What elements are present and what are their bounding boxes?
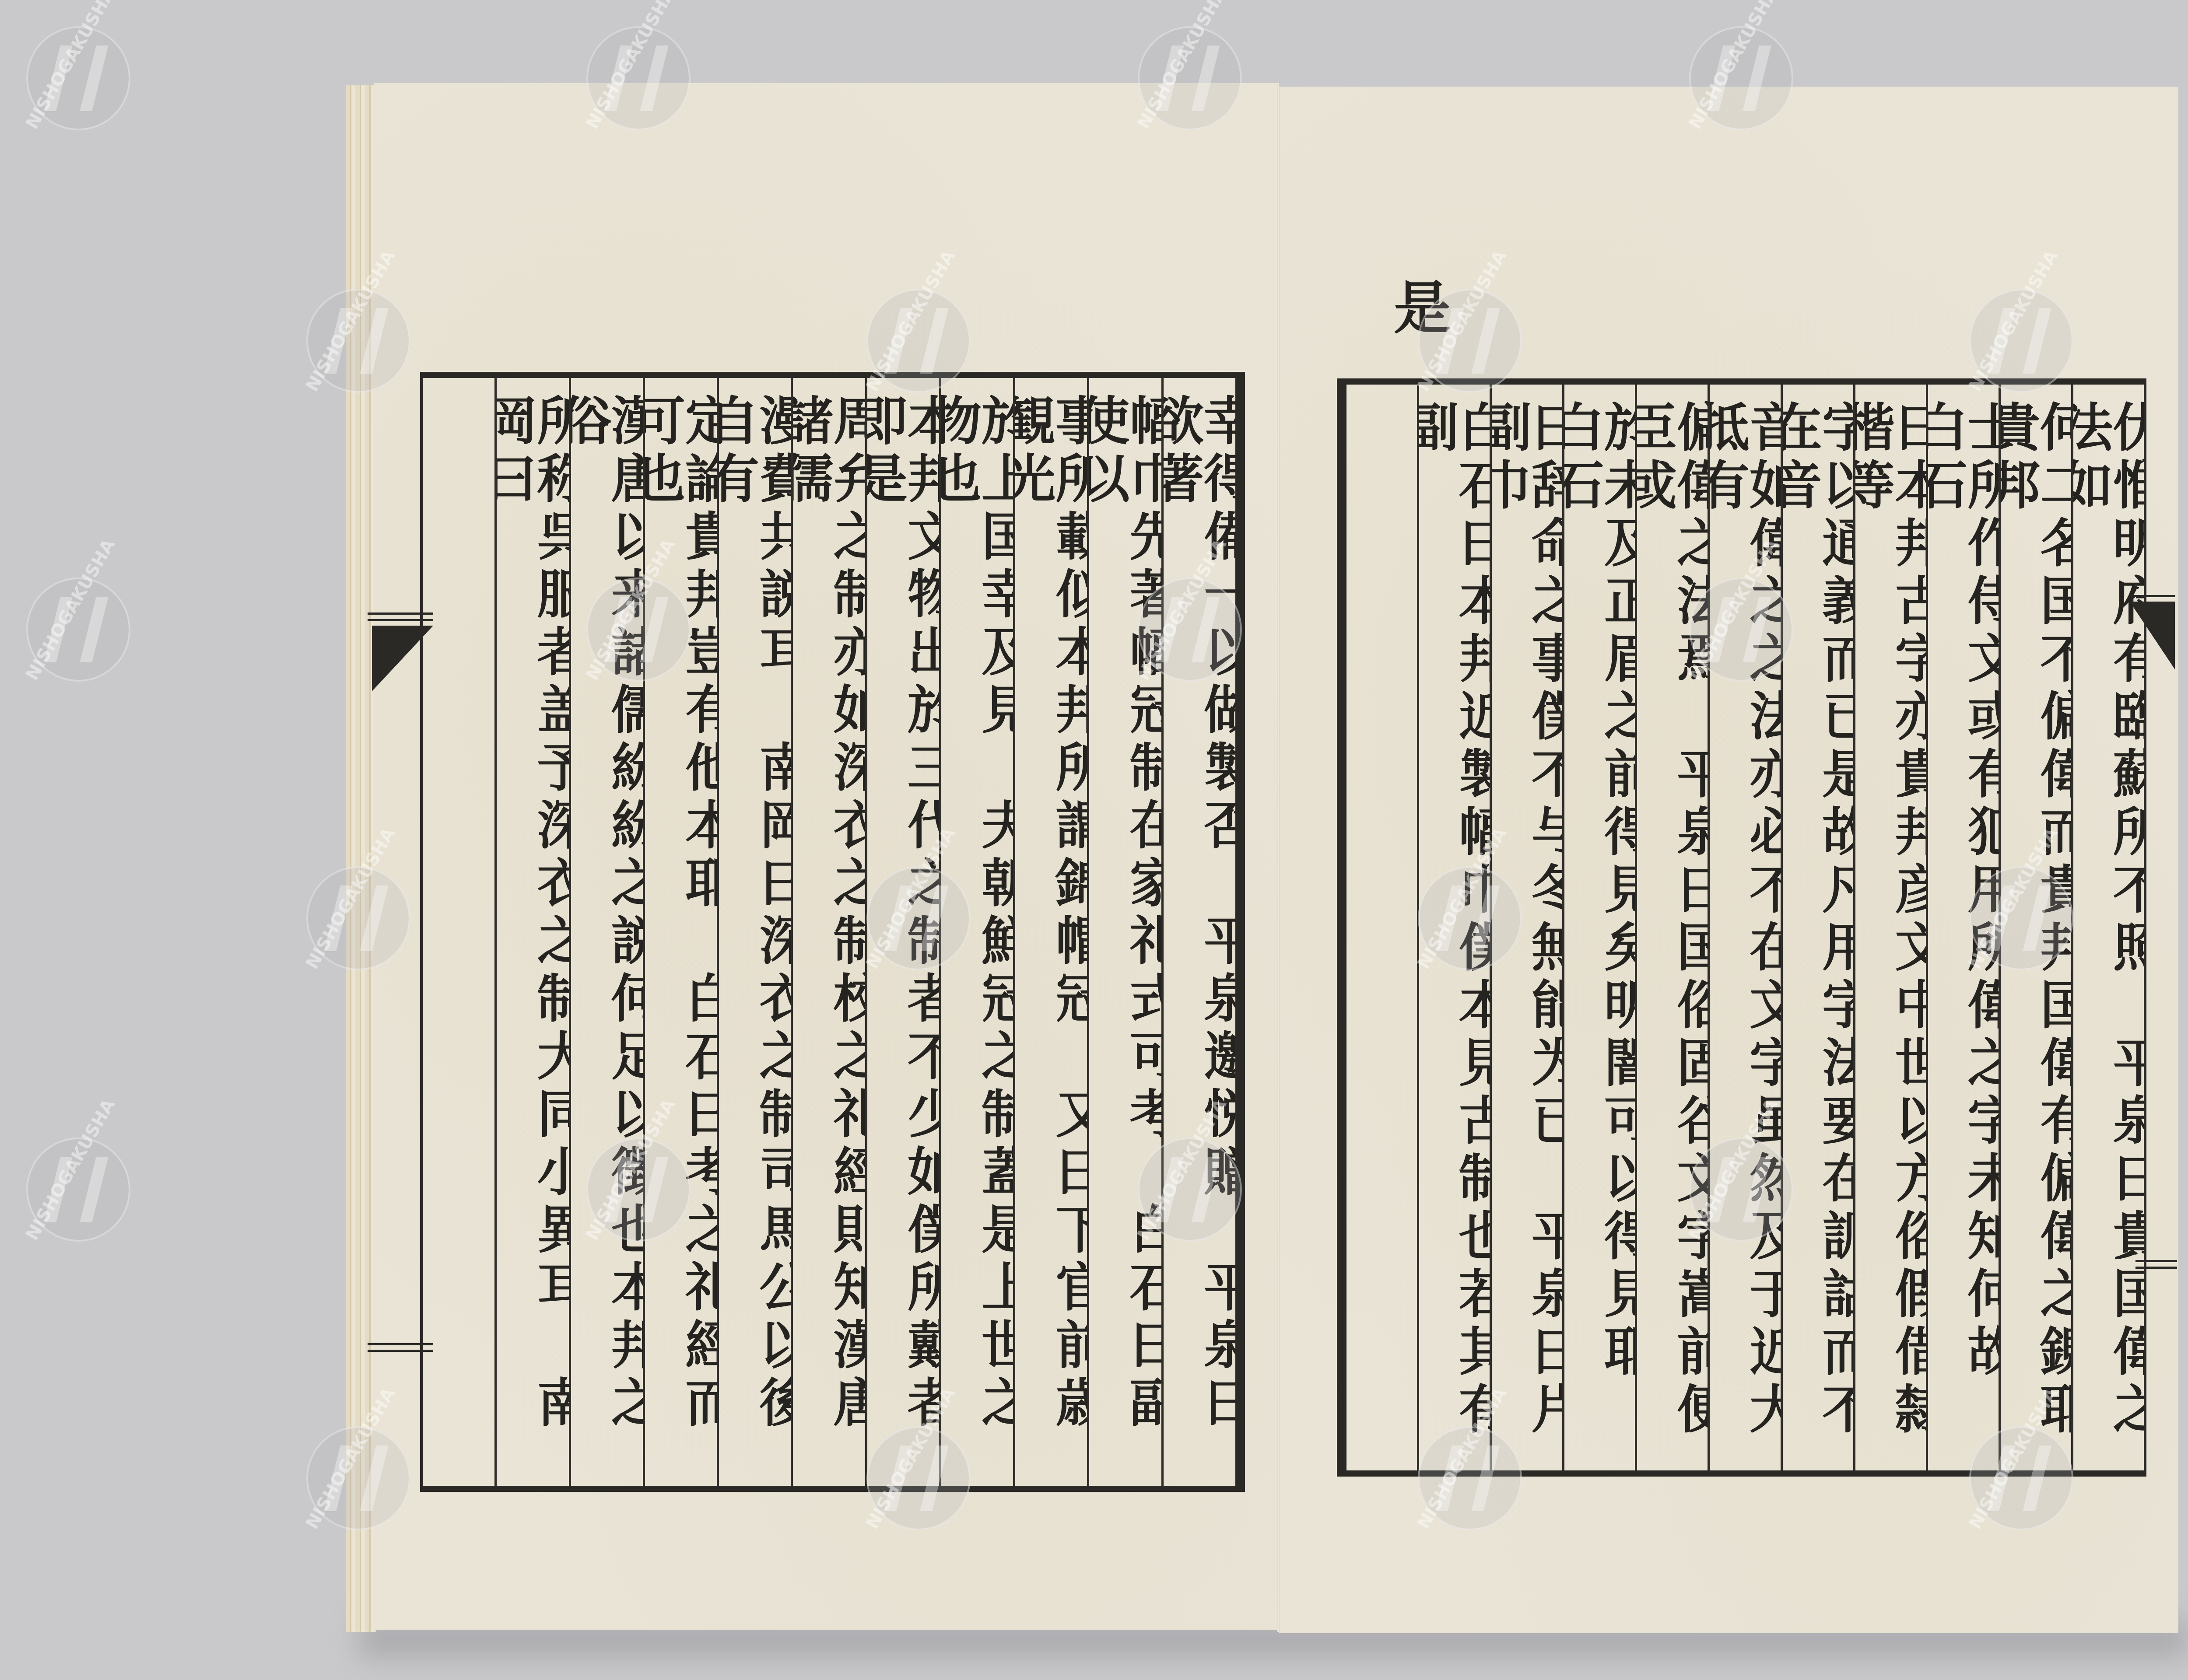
book-gutter [1277,85,1280,1632]
fishtail-line-right-top [2131,595,2175,604]
right-column-4: 曰本邦古字亦貴邦彦文中世以方俗假借隸楷等 [1853,385,1926,1470]
column-text: 所称呉服者盖予深衣之制大同小異耳 南岡曰 [494,394,568,1486]
right-column-7: 偏偉之法焉 平泉曰国俗固谷文字嵩前便臣或 [1635,385,1708,1470]
fishtail-line-right-bottom [2135,1260,2177,1269]
right-column-1: 伏惟明府有臨蘇所不照 平泉曰貴国偉之法如 [2071,385,2144,1470]
column-text: 漢唐以来諸儒紛紛之説何足以徴也本邦之俗 [569,394,643,1486]
column-text: 伏惟明府有臨蘇所不照 平泉曰貴国偉之法如 [2071,400,2144,1470]
left-column-11 [423,378,494,1486]
left-columns: 幸得備一以做製否 平泉邀悦贈 平泉曰欲著 幅巾先著幅冠制在家礼式可考 白石曰副使… [423,378,1235,1486]
column-text: 字以通義而已是故凡用字法要在訓詁而不在音 [1781,400,1853,1470]
column-text: 幅巾先著幅冠制在家礼式可考 白石曰副使以 [1087,394,1161,1486]
left-column-7: 漫費共説耳 南岡曰深衣之制司馬公以後自有 [717,378,791,1486]
fishtail-line-left-top [368,612,433,621]
left-column-3: 事所載似本邦所謂錦帽冠 又曰下官前歳観光 [1013,378,1087,1486]
left-column-10: 所称呉服者盖予深衣之制大同小異耳 南岡曰 [494,378,568,1486]
column-text: 曰本邦古字亦貴邦彦文中世以方俗假借隸楷等 [1853,400,1926,1470]
right-column-8: 於未及正眉之前得見矣明闇可以得見耶 白石 [1562,385,1635,1470]
left-column-9: 漢唐以来諸儒紛紛之説何足以徴也本邦之俗 [569,378,643,1486]
column-text: 偏偉之法焉 平泉曰国俗固谷文字嵩前便臣或 [1635,400,1708,1470]
fishtail-line-left-bottom [368,1343,433,1352]
column-text: 漫費共説耳 南岡曰深衣之制司馬公以後自有 [717,394,791,1486]
left-column-6: 周弁之制亦如深衣之制校之礼經則知漢唐諸儒 [791,378,865,1486]
fishtail-mark-right [2131,604,2175,669]
column-text: 周弁之制亦如深衣之制校之礼經則知漢唐諸儒 [791,394,865,1486]
column-text: 事所載似本邦所謂錦帽冠 又曰下官前歳観光 [1013,394,1087,1486]
left-column-2: 幅巾先著幅冠制在家礼式可考 白石曰副使以 [1087,378,1161,1486]
column-text: 於未及正眉之前得見矣明闇可以得見耶 白石 [1562,400,1635,1470]
left-text-frame: 幸得備一以做製否 平泉邀悦贈 平泉曰欲著 幅巾先著幅冠制在家礼式可考 白石曰副使… [420,372,1245,1492]
column-text: 幸得備一以做製否 平泉邀悦贈 平泉曰欲著 [1161,394,1235,1486]
fishtail-mark-left [372,626,433,691]
right-column-11 [1346,385,1417,1470]
left-column-8: 定論貴邦豈有他本耶 白石曰考之礼經而可也 [643,378,717,1486]
right-column-5: 字以通義而已是故凡用字法要在訓詁而不在音 [1781,385,1853,1470]
